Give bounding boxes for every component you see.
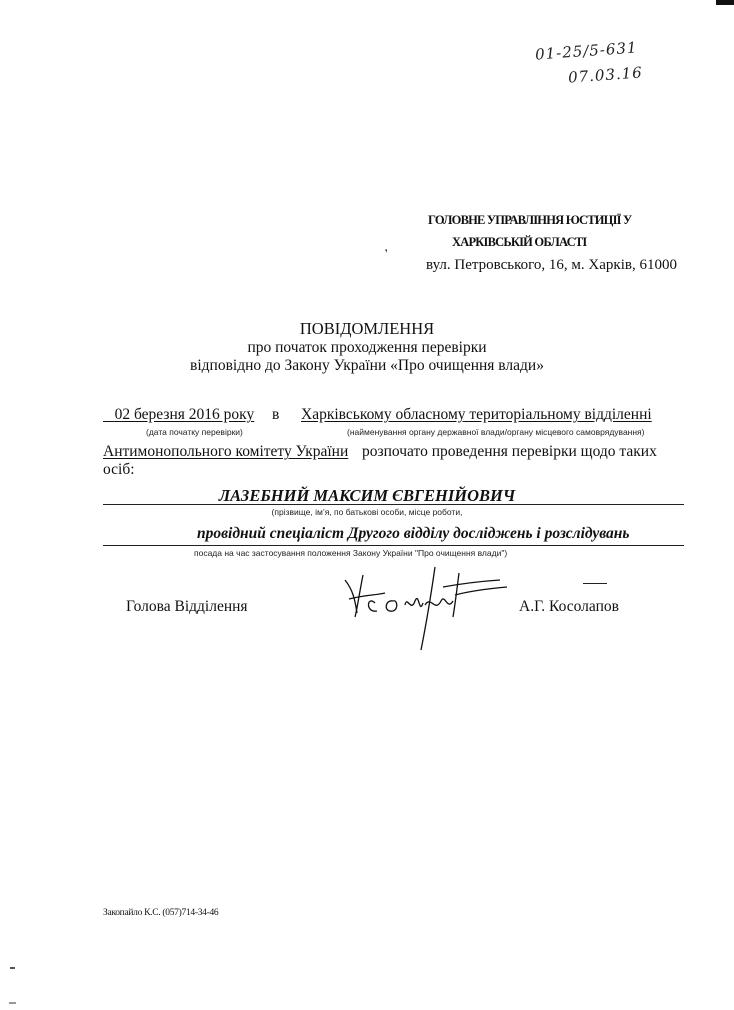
position-underline <box>103 545 684 546</box>
signatory-role: Голова Відділення <box>126 598 248 616</box>
handwritten-registration-date: 07.03.16 <box>567 63 643 86</box>
stray-ink-mark: , <box>379 240 389 254</box>
executor-contact: Закопайло К.С. (057)714-34-46 <box>103 908 218 918</box>
person-name-caption: (прізвище, ім’я, по батькові особи, місц… <box>0 507 734 517</box>
organization-caption: (найменування органу державної влади/орг… <box>347 427 645 437</box>
document-subtitle-1: про початок проходження перевірки <box>0 339 734 357</box>
date-caption: (дата початку перевірки) <box>146 427 243 437</box>
check-started-text: розпочато проведення перевірки щодо таки… <box>362 443 657 461</box>
persons-text: осіб: <box>103 461 135 479</box>
recipient-name-line-1: ГОЛОВНЕ УПРАВЛІННЯ ЮСТИЦІЇ У <box>428 213 631 228</box>
name-underline <box>103 504 684 505</box>
scan-margin-mark <box>10 967 15 969</box>
document-title: ПОВІДОМЛЕННЯ <box>0 319 734 339</box>
recipient-name-line-2: ХАРКІВСЬКІЙ ОБЛАСТІ <box>452 235 586 250</box>
organization-name-part-2: Антимонопольного комітету України <box>103 443 348 461</box>
preposition-in: в <box>272 406 279 424</box>
scan-corner-mark <box>716 0 734 5</box>
signatory-name: А.Г. Косолапов <box>519 598 619 616</box>
person-full-name: ЛАЗЕБНИЙ МАКСИМ ЄВГЕНІЙОВИЧ <box>0 486 734 506</box>
document-subtitle-2: відповідно до Закону України «Про очищен… <box>0 357 734 375</box>
handwritten-registration-number: 01-25/5-631 <box>534 38 638 63</box>
person-position-caption: посада на час застосування положення Зак… <box>194 548 507 558</box>
check-start-date-value: 02 березня 2016 року <box>115 406 255 423</box>
recipient-address: вул. Петровського, 16, м. Харків, 61000 <box>426 257 677 274</box>
organization-name-part-1: Харківському обласному територіальному в… <box>301 406 652 424</box>
person-position: провідний спеціаліст Другого відділу дос… <box>197 525 630 543</box>
check-start-date: 02 березня 2016 року <box>103 406 254 424</box>
handwritten-signature <box>335 565 515 655</box>
signature-dash <box>583 583 607 584</box>
scan-margin-mark <box>9 1002 16 1004</box>
